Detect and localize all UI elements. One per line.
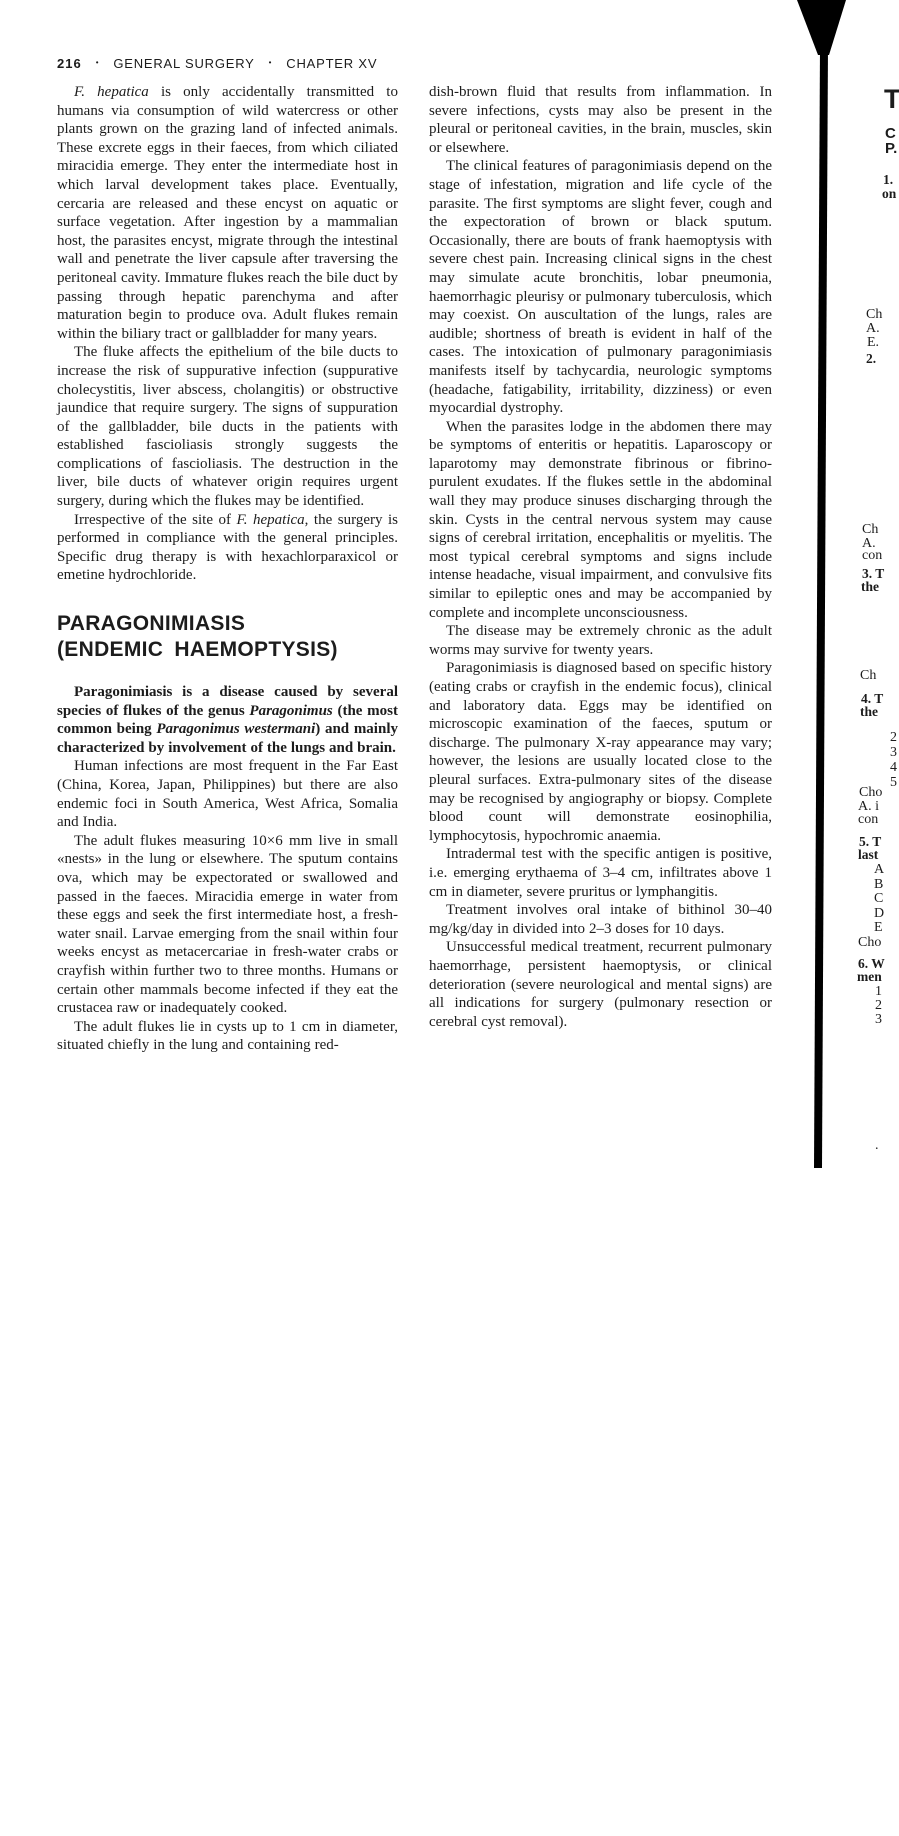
page-binding-shadow (0, 0, 899, 1836)
binding-line (814, 45, 828, 1168)
book-page: 216 • GENERAL SURGERY • CHAPTER XV F. he… (0, 0, 899, 1836)
